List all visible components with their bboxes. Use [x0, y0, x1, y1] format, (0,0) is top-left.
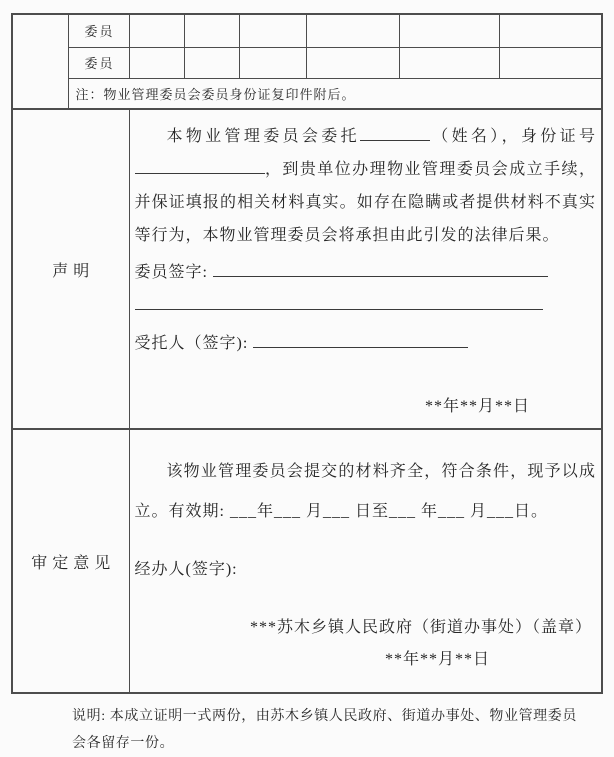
declaration-label: 声明	[12, 109, 129, 429]
member-data-cell	[129, 14, 184, 47]
signature-continuation-blank	[135, 295, 543, 310]
review-label: 审定意见	[12, 429, 129, 693]
page: 委员 委员 注：物业管理委员会委员身份证复印件附后。 声明 本物业管理委员会委	[0, 0, 614, 755]
member-data-cell	[184, 14, 239, 47]
member-data-cell	[184, 47, 239, 78]
declaration-line-1-post: （姓名），身份证号	[430, 128, 596, 145]
footnote: 说明: 本成立证明一式两份，由苏木乡镇人民政府、街道办事处、物业管理委员 会各留…	[72, 703, 614, 757]
note-row: 注：物业管理委员会委员身份证复印件附后。	[12, 78, 602, 109]
authority-seal-line: ***苏木乡镇人民政府（街道办事处）（盖章）	[135, 611, 597, 644]
member-data-cell	[306, 14, 399, 47]
member-data-cell	[239, 14, 306, 47]
review-row: 审定意见 该物业管理委员会提交的材料齐全，符合条件，现予以成 立。有效期: __…	[12, 429, 602, 693]
trustee-signature-label: 受托人（签字):	[135, 335, 254, 352]
member-note-cell: 注：物业管理委员会委员身份证复印件附后。	[68, 78, 602, 109]
review-line-2: 立。有效期: ___年___ 月___ 日至___ 年___ 月___日。	[135, 492, 597, 532]
declaration-line-2: ，到贵单位办理物业管理委员会成立手续，	[135, 153, 597, 186]
member-data-cell	[129, 47, 184, 78]
id-number-blank	[135, 159, 265, 174]
member-role-cell: 委员	[68, 14, 129, 47]
declaration-line-3: 并保证填报的相关材料真实。如存在隐瞒或者提供材料不真实	[135, 186, 597, 219]
member-role-cell: 委员	[68, 47, 129, 78]
declaration-content: 本物业管理委员会委托（姓名），身份证号 ，到贵单位办理物业管理委员会成立手续， …	[129, 109, 602, 429]
handler-signature-label: 经办人(签字):	[135, 553, 597, 586]
name-blank	[360, 126, 430, 141]
member-strip-cell	[12, 14, 68, 109]
member-signature-blank	[213, 262, 548, 277]
declaration-line-1-pre: 本物业管理委员会委托	[167, 128, 360, 145]
declaration-row: 声明 本物业管理委员会委托（姓名），身份证号 ，到贵单位办理物业管理委员会成立手…	[12, 109, 602, 429]
trustee-signature-line: 受托人（签字):	[135, 327, 597, 360]
trustee-signature-blank	[253, 333, 468, 348]
member-signature-label: 委员签字:	[135, 264, 213, 281]
review-content: 该物业管理委员会提交的材料齐全，符合条件，现予以成 立。有效期: ___年___…	[129, 429, 602, 693]
form-table: 委员 委员 注：物业管理委员会委员身份证复印件附后。 声明 本物业管理委员会委	[11, 13, 603, 694]
footnote-line-1: 说明: 本成立证明一式两份，由苏木乡镇人民政府、街道办事处、物业管理委员	[72, 703, 614, 730]
signature-continuation-line	[135, 295, 597, 315]
review-line-1: 该物业管理委员会提交的材料齐全，符合条件，现予以成	[135, 452, 597, 492]
declaration-line-1: 本物业管理委员会委托（姓名），身份证号	[135, 120, 597, 153]
member-data-cell	[306, 47, 399, 78]
review-date: **年**月**日	[135, 647, 597, 673]
member-data-cell	[499, 47, 602, 78]
footnote-line-2: 会各留存一份。	[72, 730, 614, 757]
member-data-cell	[399, 47, 499, 78]
declaration-line-2-post: ，到贵单位办理物业管理委员会成立手续，	[265, 161, 597, 178]
member-row: 委员	[12, 14, 602, 47]
declaration-line-4: 等行为，本物业管理委员会将承担由此引发的法律后果。	[135, 219, 597, 252]
member-row: 委员	[12, 47, 602, 78]
member-signature-line: 委员签字:	[135, 256, 597, 289]
declaration-date: **年**月**日	[135, 390, 597, 423]
member-data-cell	[239, 47, 306, 78]
member-data-cell	[399, 14, 499, 47]
member-data-cell	[499, 14, 602, 47]
